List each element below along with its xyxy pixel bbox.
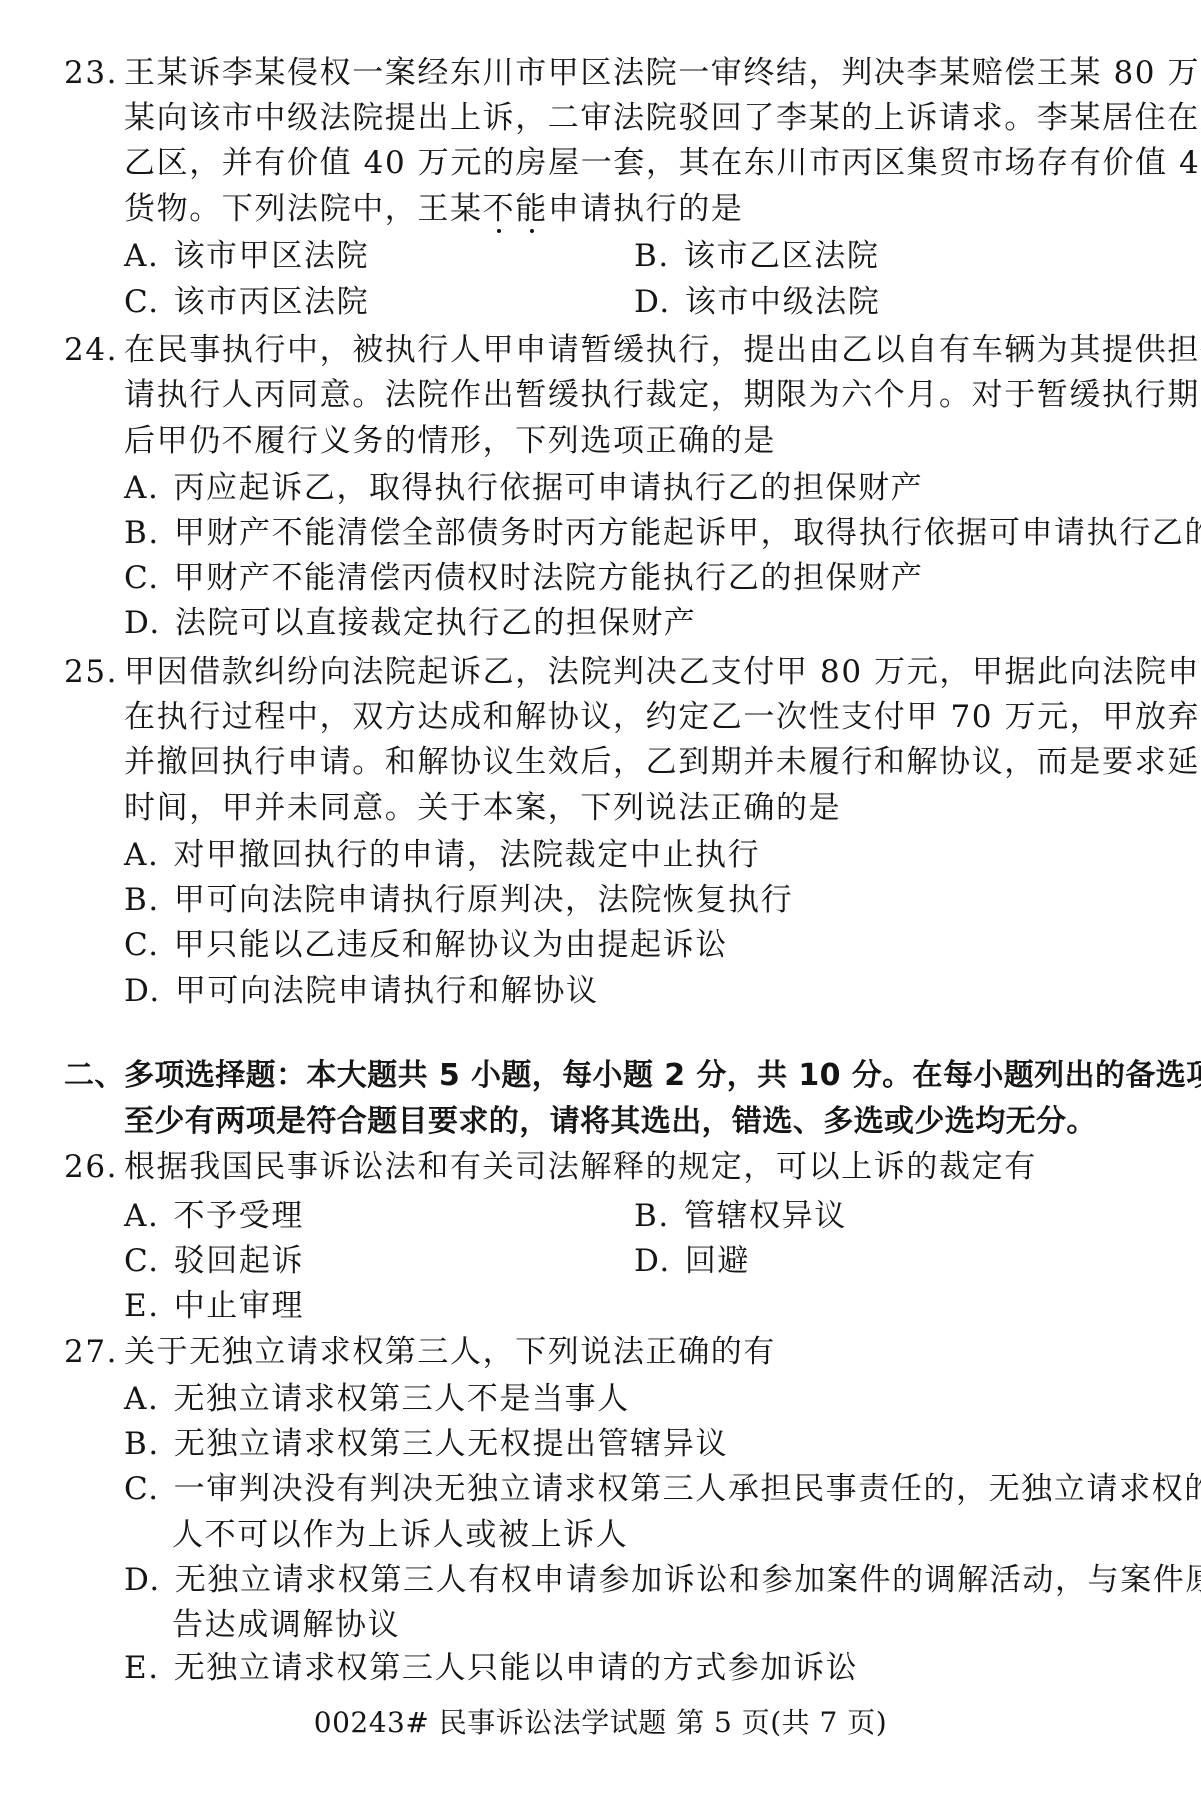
option-text: 该市乙区法院 (684, 238, 880, 274)
option-label: A. (124, 470, 159, 506)
question-text: 时间，甲并未同意。关于本案，下列说法正确的是 (124, 788, 841, 828)
option-label: C. (124, 927, 160, 963)
option-text: 法院可以直接裁定执行乙的担保财产 (175, 605, 697, 641)
question-text-last-line: 货物。下列法院中，王某不能申请执行的是 (124, 189, 743, 229)
option-a: A.丙应起诉乙，取得执行依据可申请执行乙的担保财产 (124, 468, 923, 508)
option-b: B.管辖权异议 (634, 1196, 847, 1236)
option-label: A. (124, 1198, 159, 1234)
option-a: A.无独立请求权第三人不是当事人 (124, 1379, 630, 1419)
question-text: 在执行过程中，双方达成和解协议，约定乙一次性支付甲 70 万元，甲放弃 10 万… (124, 697, 1201, 737)
option-d: D.甲可向法院申请执行和解协议 (124, 971, 599, 1011)
option-c: C.该市丙区法院 (124, 282, 369, 322)
question-text: 某向该市中级法院提出上诉，二审法院驳回了李某的上诉请求。李某居住在东川市 (124, 98, 1201, 138)
option-label: B. (634, 1198, 670, 1234)
option-text: 甲只能以乙违反和解协议为由提起诉讼 (174, 927, 728, 963)
option-label: D. (634, 1243, 671, 1279)
question-text: 并撤回执行申请。和解协议生效后，乙到期并未履行和解协议，而是要求延长还款 (124, 742, 1201, 782)
option-d: D.无独立请求权第三人有权申请参加诉讼和参加案件的调解活动，与案件原、被 (124, 1560, 1201, 1600)
option-label: D. (124, 605, 161, 641)
option-a: A.该市甲区法院 (124, 236, 369, 276)
question-text: 根据我国民事诉讼法和有关司法解释的规定，可以上诉的裁定有 (124, 1147, 1037, 1187)
section-instructions: 多项选择题：本大题共 5 小题，每小题 2 分，共 10 分。在每小题列出的备选… (124, 1056, 1201, 1096)
section-heading: 二、 多项选择题：本大题共 5 小题，每小题 2 分，共 10 分。在每小题列出… (0, 1056, 1201, 1096)
question-number: 25. (64, 652, 118, 692)
option-label: D. (124, 1562, 161, 1598)
question-text: 货物。下列法院中，王某 (124, 191, 483, 227)
option-text: 甲财产不能清偿全部债务时丙方能起诉甲，取得执行依据可申请执行乙的担保财产 (174, 515, 1201, 551)
option-c: C.驳回起诉 (124, 1241, 304, 1281)
option-d: D.该市中级法院 (634, 282, 880, 322)
emphasis-mark: 能 (515, 191, 548, 227)
option-label: B. (634, 238, 670, 274)
option-a: A.不予受理 (124, 1196, 304, 1236)
question-text: 关于无独立请求权第三人，下列说法正确的有 (124, 1332, 776, 1372)
option-label: A. (124, 1381, 159, 1417)
option-text: 回避 (685, 1243, 750, 1279)
option-label: C. (124, 1471, 160, 1507)
option-label: D. (634, 284, 671, 320)
question-24-line-1: 24. 在民事执行中，被执行人甲申请暂缓执行，提出由乙以自有车辆为其提供担保，申 (0, 330, 1201, 370)
option-text-continued: 人不可以作为上诉人或被上诉人 (172, 1515, 628, 1555)
option-b: B.甲可向法院申请执行原判决，法院恢复执行 (124, 880, 793, 920)
option-text-continued: 告达成调解协议 (172, 1605, 400, 1645)
question-text: 请执行人丙同意。法院作出暂缓执行裁定，期限为六个月。对于暂缓执行期限届满 (124, 375, 1201, 415)
question-number: 27. (64, 1332, 118, 1372)
option-text: 甲财产不能清偿丙债权时法院方能执行乙的担保财产 (174, 560, 924, 596)
option-e: E.中止审理 (124, 1286, 304, 1326)
option-label: C. (124, 284, 160, 320)
question-text: 王某诉李某侵权一案经东川市甲区法院一审终结，判决李某赔偿王某 80 万元。李 (124, 53, 1201, 93)
option-b: B.甲财产不能清偿全部债务时丙方能起诉甲，取得执行依据可申请执行乙的担保财产 (124, 513, 1201, 553)
option-text: 驳回起诉 (174, 1243, 304, 1279)
option-c: C.甲只能以乙违反和解协议为由提起诉讼 (124, 925, 728, 965)
option-label: B. (124, 515, 160, 551)
option-text: 不予受理 (173, 1198, 303, 1234)
question-number: 24. (64, 330, 118, 370)
option-a: A.对甲撤回执行的申请，法院裁定中止执行 (124, 835, 760, 875)
option-text: 丙应起诉乙，取得执行依据可申请执行乙的担保财产 (173, 470, 923, 506)
emphasis-mark: 不 (483, 191, 516, 227)
option-c: C.甲财产不能清偿丙债权时法院方能执行乙的担保财产 (124, 558, 923, 598)
question-27-line-1: 27. 关于无独立请求权第三人，下列说法正确的有 (0, 1332, 1201, 1372)
option-e: E.无独立请求权第三人只能以申请的方式参加诉讼 (124, 1648, 858, 1688)
option-c: C.一审判决没有判决无独立请求权第三人承担民事责任的，无独立请求权的第三 (124, 1469, 1201, 1509)
option-text: 该市中级法院 (685, 284, 881, 320)
option-text: 无独立请求权第三人有权申请参加诉讼和参加案件的调解活动，与案件原、被 (175, 1562, 1201, 1598)
option-text: 该市甲区法院 (173, 238, 369, 274)
question-text: 在民事执行中，被执行人甲申请暂缓执行，提出由乙以自有车辆为其提供担保，申 (124, 330, 1201, 370)
section-instructions: 至少有两项是符合题目要求的，请将其选出，错选、多选或少选均无分。 (124, 1102, 1097, 1142)
option-b: B.无独立请求权第三人无权提出管辖异议 (124, 1424, 728, 1464)
question-text: 申请执行的是 (548, 191, 744, 227)
option-d: D.法院可以直接裁定执行乙的担保财产 (124, 603, 696, 643)
option-text: 对甲撤回执行的申请，法院裁定中止执行 (173, 837, 760, 873)
option-b: B.该市乙区法院 (634, 236, 879, 276)
option-label: A. (124, 238, 159, 274)
option-text: 甲可向法院申请执行原判决，法院恢复执行 (174, 882, 793, 918)
option-text: 中止审理 (174, 1288, 304, 1324)
question-number: 23. (64, 53, 118, 93)
page-footer: 00243# 民事诉讼法学试题 第 5 页(共 7 页) (0, 1705, 1201, 1741)
option-label: A. (124, 837, 159, 873)
question-25-line-1: 25. 甲因借款纠纷向法院起诉乙，法院判决乙支付甲 80 万元，甲据此向法院申请… (0, 652, 1201, 692)
option-text: 无独立请求权第三人不是当事人 (173, 1381, 629, 1417)
option-text: 管辖权异议 (684, 1198, 847, 1234)
option-label: B. (124, 882, 160, 918)
option-label: E. (124, 1650, 160, 1686)
section-number: 二、 (64, 1056, 125, 1096)
option-text: 一审判决没有判决无独立请求权第三人承担民事责任的，无独立请求权的第三 (174, 1471, 1201, 1507)
option-text: 无独立请求权第三人只能以申请的方式参加诉讼 (174, 1650, 859, 1686)
option-text: 无独立请求权第三人无权提出管辖异议 (174, 1426, 728, 1462)
question-23-line-1: 23. 王某诉李某侵权一案经东川市甲区法院一审终结，判决李某赔偿王某 80 万元… (0, 53, 1201, 93)
option-label: C. (124, 1243, 160, 1279)
question-number: 26. (64, 1147, 118, 1187)
option-label: E. (124, 1288, 160, 1324)
option-label: C. (124, 560, 160, 596)
option-text: 该市丙区法院 (174, 284, 370, 320)
option-text: 甲可向法院申请执行和解协议 (175, 973, 599, 1009)
option-label: D. (124, 973, 161, 1009)
option-d: D.回避 (634, 1241, 750, 1281)
question-text: 甲因借款纠纷向法院起诉乙，法院判决乙支付甲 80 万元，甲据此向法院申请执行， (124, 652, 1201, 692)
question-26-line-1: 26. 根据我国民事诉讼法和有关司法解释的规定，可以上诉的裁定有 (0, 1147, 1201, 1187)
question-text: 乙区，并有价值 40 万元的房屋一套，其在东川市丙区集贸市场存有价值 40 万元… (124, 143, 1201, 183)
question-text: 后甲仍不履行义务的情形，下列选项正确的是 (124, 421, 776, 461)
option-label: B. (124, 1426, 160, 1462)
